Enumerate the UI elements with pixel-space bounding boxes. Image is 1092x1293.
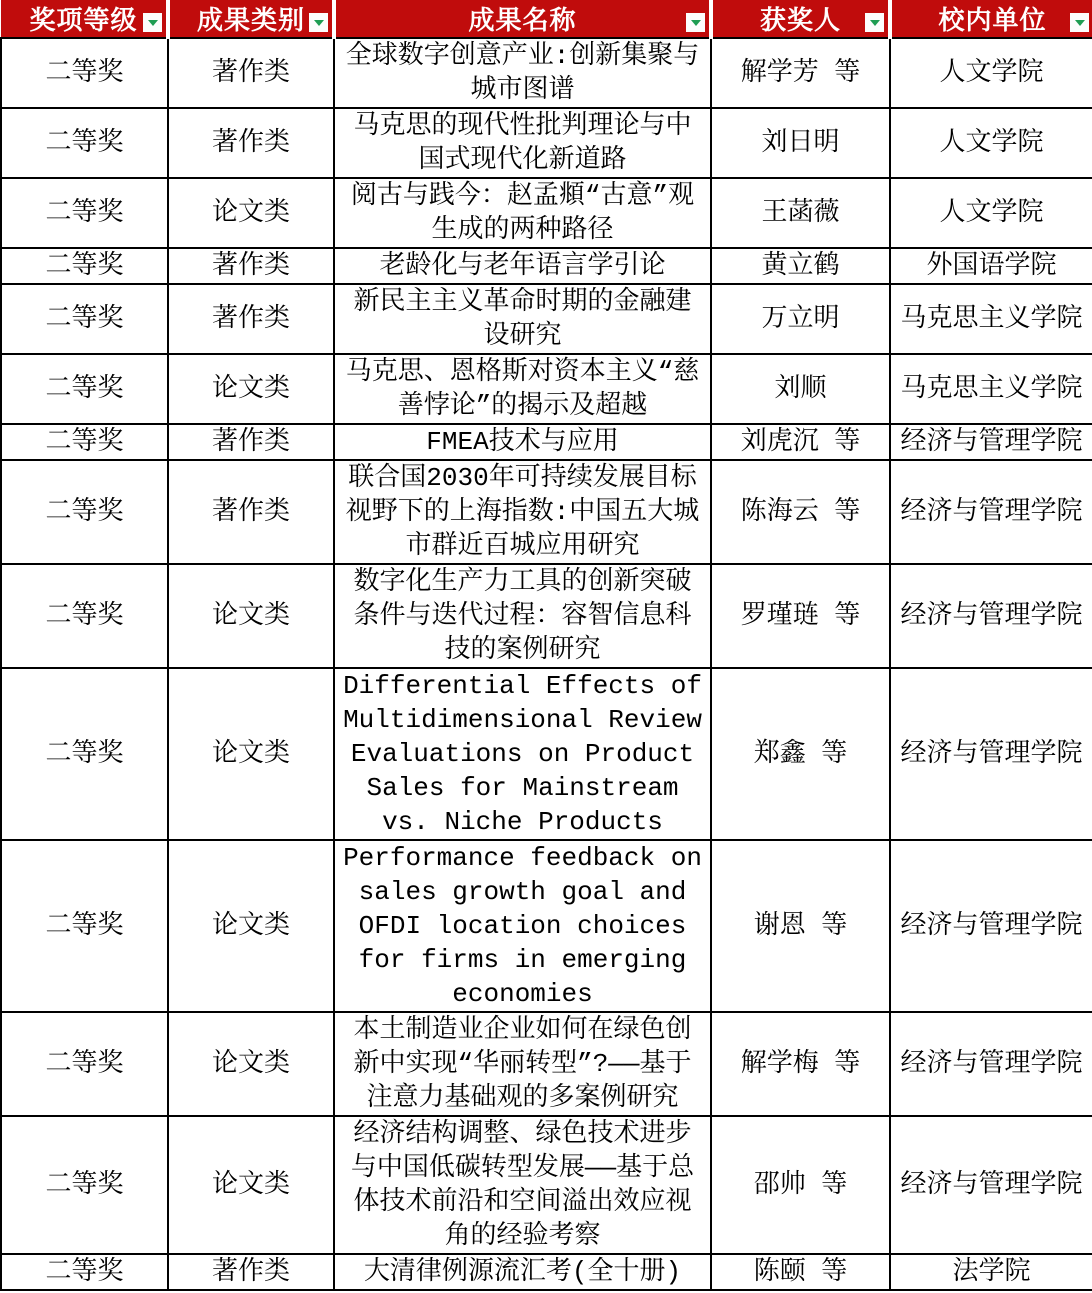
column-header-title: 成果名称 [334, 0, 711, 38]
cell-winner: 罗瑾琏 等 [711, 564, 890, 668]
cell-title: 经济结构调整、绿色技术进步与中国低碳转型发展——基于总体技术前沿和空间溢出效应视… [334, 1116, 711, 1254]
cell-unit: 经济与管理学院 [890, 1012, 1092, 1116]
table-row: 二等奖 论文类 数字化生产力工具的创新突破条件与迭代过程：容智信息科技的案例研究… [1, 564, 1092, 668]
column-header-unit: 校内单位 [890, 0, 1092, 38]
cell-winner: 解学梅 等 [711, 1012, 890, 1116]
chevron-down-icon [314, 20, 324, 26]
cell-category: 著作类 [168, 38, 334, 108]
cell-award-level: 二等奖 [1, 178, 168, 248]
cell-winner: 王菡薇 [711, 178, 890, 248]
cell-award-level: 二等奖 [1, 1116, 168, 1254]
cell-category: 著作类 [168, 460, 334, 564]
cell-unit: 经济与管理学院 [890, 668, 1092, 840]
cell-winner: 刘顺 [711, 354, 890, 424]
cell-award-level: 二等奖 [1, 668, 168, 840]
table-row: 二等奖 著作类 大清律例源流汇考(全十册) 陈颐 等 法学院 [1, 1254, 1092, 1290]
column-header-winner: 获奖人 [711, 0, 890, 38]
cell-category: 著作类 [168, 284, 334, 354]
cell-winner: 万立明 [711, 284, 890, 354]
cell-unit: 马克思主义学院 [890, 284, 1092, 354]
cell-category: 著作类 [168, 248, 334, 284]
header-row: 奖项等级 成果类别 成果名称 获奖人 校内单位 [1, 0, 1092, 38]
column-header-category: 成果类别 [168, 0, 334, 38]
chevron-down-icon [870, 20, 880, 26]
cell-winner: 谢恩 等 [711, 840, 890, 1012]
cell-title: 数字化生产力工具的创新突破条件与迭代过程：容智信息科技的案例研究 [334, 564, 711, 668]
cell-winner: 陈海云 等 [711, 460, 890, 564]
chevron-down-icon [148, 20, 158, 26]
cell-unit: 经济与管理学院 [890, 564, 1092, 668]
awards-table: 奖项等级 成果类别 成果名称 获奖人 校内单位 二等奖 著作类 全球 [0, 0, 1092, 1291]
cell-award-level: 二等奖 [1, 564, 168, 668]
cell-unit: 经济与管理学院 [890, 460, 1092, 564]
column-header-label: 奖项等级 [29, 7, 137, 37]
filter-button-winner[interactable] [865, 13, 884, 32]
cell-title: 新民主主义革命时期的金融建设研究 [334, 284, 711, 354]
cell-title: Performance feedback on sales growth goa… [334, 840, 711, 1012]
cell-award-level: 二等奖 [1, 424, 168, 460]
table-row: 二等奖 论文类 马克思、恩格斯对资本主义“慈善悖论”的揭示及超越 刘顺 马克思主… [1, 354, 1092, 424]
filter-button-category[interactable] [309, 13, 328, 32]
cell-title: FMEA技术与应用 [334, 424, 711, 460]
column-header-label: 校内单位 [938, 7, 1046, 37]
cell-category: 论文类 [168, 354, 334, 424]
cell-winner: 邵帅 等 [711, 1116, 890, 1254]
cell-award-level: 二等奖 [1, 840, 168, 1012]
cell-category: 论文类 [168, 668, 334, 840]
cell-unit: 经济与管理学院 [890, 840, 1092, 1012]
column-header-label: 成果名称 [468, 7, 576, 37]
filter-button-award-level[interactable] [143, 13, 162, 32]
cell-award-level: 二等奖 [1, 108, 168, 178]
cell-award-level: 二等奖 [1, 284, 168, 354]
cell-unit: 人文学院 [890, 178, 1092, 248]
cell-title: Differential Effects of Multidimensional… [334, 668, 711, 840]
cell-category: 论文类 [168, 1012, 334, 1116]
cell-winner: 解学芳 等 [711, 38, 890, 108]
column-header-label: 成果类别 [197, 7, 305, 37]
filter-button-title[interactable] [686, 13, 705, 32]
cell-award-level: 二等奖 [1, 354, 168, 424]
table-row: 二等奖 著作类 马克思的现代性批判理论与中国式现代化新道路 刘日明 人文学院 [1, 108, 1092, 178]
cell-winner: 陈颐 等 [711, 1254, 890, 1290]
cell-title: 阅古与践今：赵孟頫“古意”观生成的两种路径 [334, 178, 711, 248]
chevron-down-icon [691, 20, 701, 26]
cell-category: 论文类 [168, 840, 334, 1012]
cell-winner: 刘日明 [711, 108, 890, 178]
table-row: 二等奖 著作类 新民主主义革命时期的金融建设研究 万立明 马克思主义学院 [1, 284, 1092, 354]
cell-title: 联合国2030年可持续发展目标视野下的上海指数:中国五大城市群近百城应用研究 [334, 460, 711, 564]
cell-winner: 刘虎沉 等 [711, 424, 890, 460]
cell-unit: 人文学院 [890, 38, 1092, 108]
table-header: 奖项等级 成果类别 成果名称 获奖人 校内单位 [1, 0, 1092, 38]
cell-title: 马克思、恩格斯对资本主义“慈善悖论”的揭示及超越 [334, 354, 711, 424]
table-row: 二等奖 论文类 阅古与践今：赵孟頫“古意”观生成的两种路径 王菡薇 人文学院 [1, 178, 1092, 248]
table-row: 二等奖 论文类 经济结构调整、绿色技术进步与中国低碳转型发展——基于总体技术前沿… [1, 1116, 1092, 1254]
table-row: 二等奖 著作类 全球数字创意产业:创新集聚与城市图谱 解学芳 等 人文学院 [1, 38, 1092, 108]
cell-award-level: 二等奖 [1, 248, 168, 284]
cell-category: 论文类 [168, 564, 334, 668]
cell-category: 论文类 [168, 178, 334, 248]
table-row: 二等奖 论文类 Performance feedback on sales gr… [1, 840, 1092, 1012]
table-row: 二等奖 著作类 老龄化与老年语言学引论 黄立鹤 外国语学院 [1, 248, 1092, 284]
cell-award-level: 二等奖 [1, 460, 168, 564]
cell-category: 著作类 [168, 108, 334, 178]
cell-unit: 法学院 [890, 1254, 1092, 1290]
cell-title: 全球数字创意产业:创新集聚与城市图谱 [334, 38, 711, 108]
cell-unit: 人文学院 [890, 108, 1092, 178]
cell-award-level: 二等奖 [1, 1012, 168, 1116]
cell-title: 马克思的现代性批判理论与中国式现代化新道路 [334, 108, 711, 178]
cell-award-level: 二等奖 [1, 38, 168, 108]
filter-button-unit[interactable] [1070, 13, 1089, 32]
table-row: 二等奖 著作类 联合国2030年可持续发展目标视野下的上海指数:中国五大城市群近… [1, 460, 1092, 564]
cell-title: 大清律例源流汇考(全十册) [334, 1254, 711, 1290]
cell-unit: 马克思主义学院 [890, 354, 1092, 424]
cell-category: 著作类 [168, 424, 334, 460]
column-header-label: 获奖人 [760, 7, 841, 37]
table-body: 二等奖 著作类 全球数字创意产业:创新集聚与城市图谱 解学芳 等 人文学院 二等… [1, 38, 1092, 1290]
chevron-down-icon [1075, 20, 1085, 26]
table-row: 二等奖 著作类 FMEA技术与应用 刘虎沉 等 经济与管理学院 [1, 424, 1092, 460]
cell-category: 著作类 [168, 1254, 334, 1290]
table-row: 二等奖 论文类 Differential Effects of Multidim… [1, 668, 1092, 840]
cell-winner: 郑鑫 等 [711, 668, 890, 840]
cell-title: 本土制造业企业如何在绿色创新中实现“华丽转型”?——基于注意力基础观的多案例研究 [334, 1012, 711, 1116]
cell-winner: 黄立鹤 [711, 248, 890, 284]
cell-category: 论文类 [168, 1116, 334, 1254]
cell-unit: 外国语学院 [890, 248, 1092, 284]
cell-award-level: 二等奖 [1, 1254, 168, 1290]
cell-unit: 经济与管理学院 [890, 1116, 1092, 1254]
cell-unit: 经济与管理学院 [890, 424, 1092, 460]
cell-title: 老龄化与老年语言学引论 [334, 248, 711, 284]
table-row: 二等奖 论文类 本土制造业企业如何在绿色创新中实现“华丽转型”?——基于注意力基… [1, 1012, 1092, 1116]
column-header-award-level: 奖项等级 [1, 0, 168, 38]
